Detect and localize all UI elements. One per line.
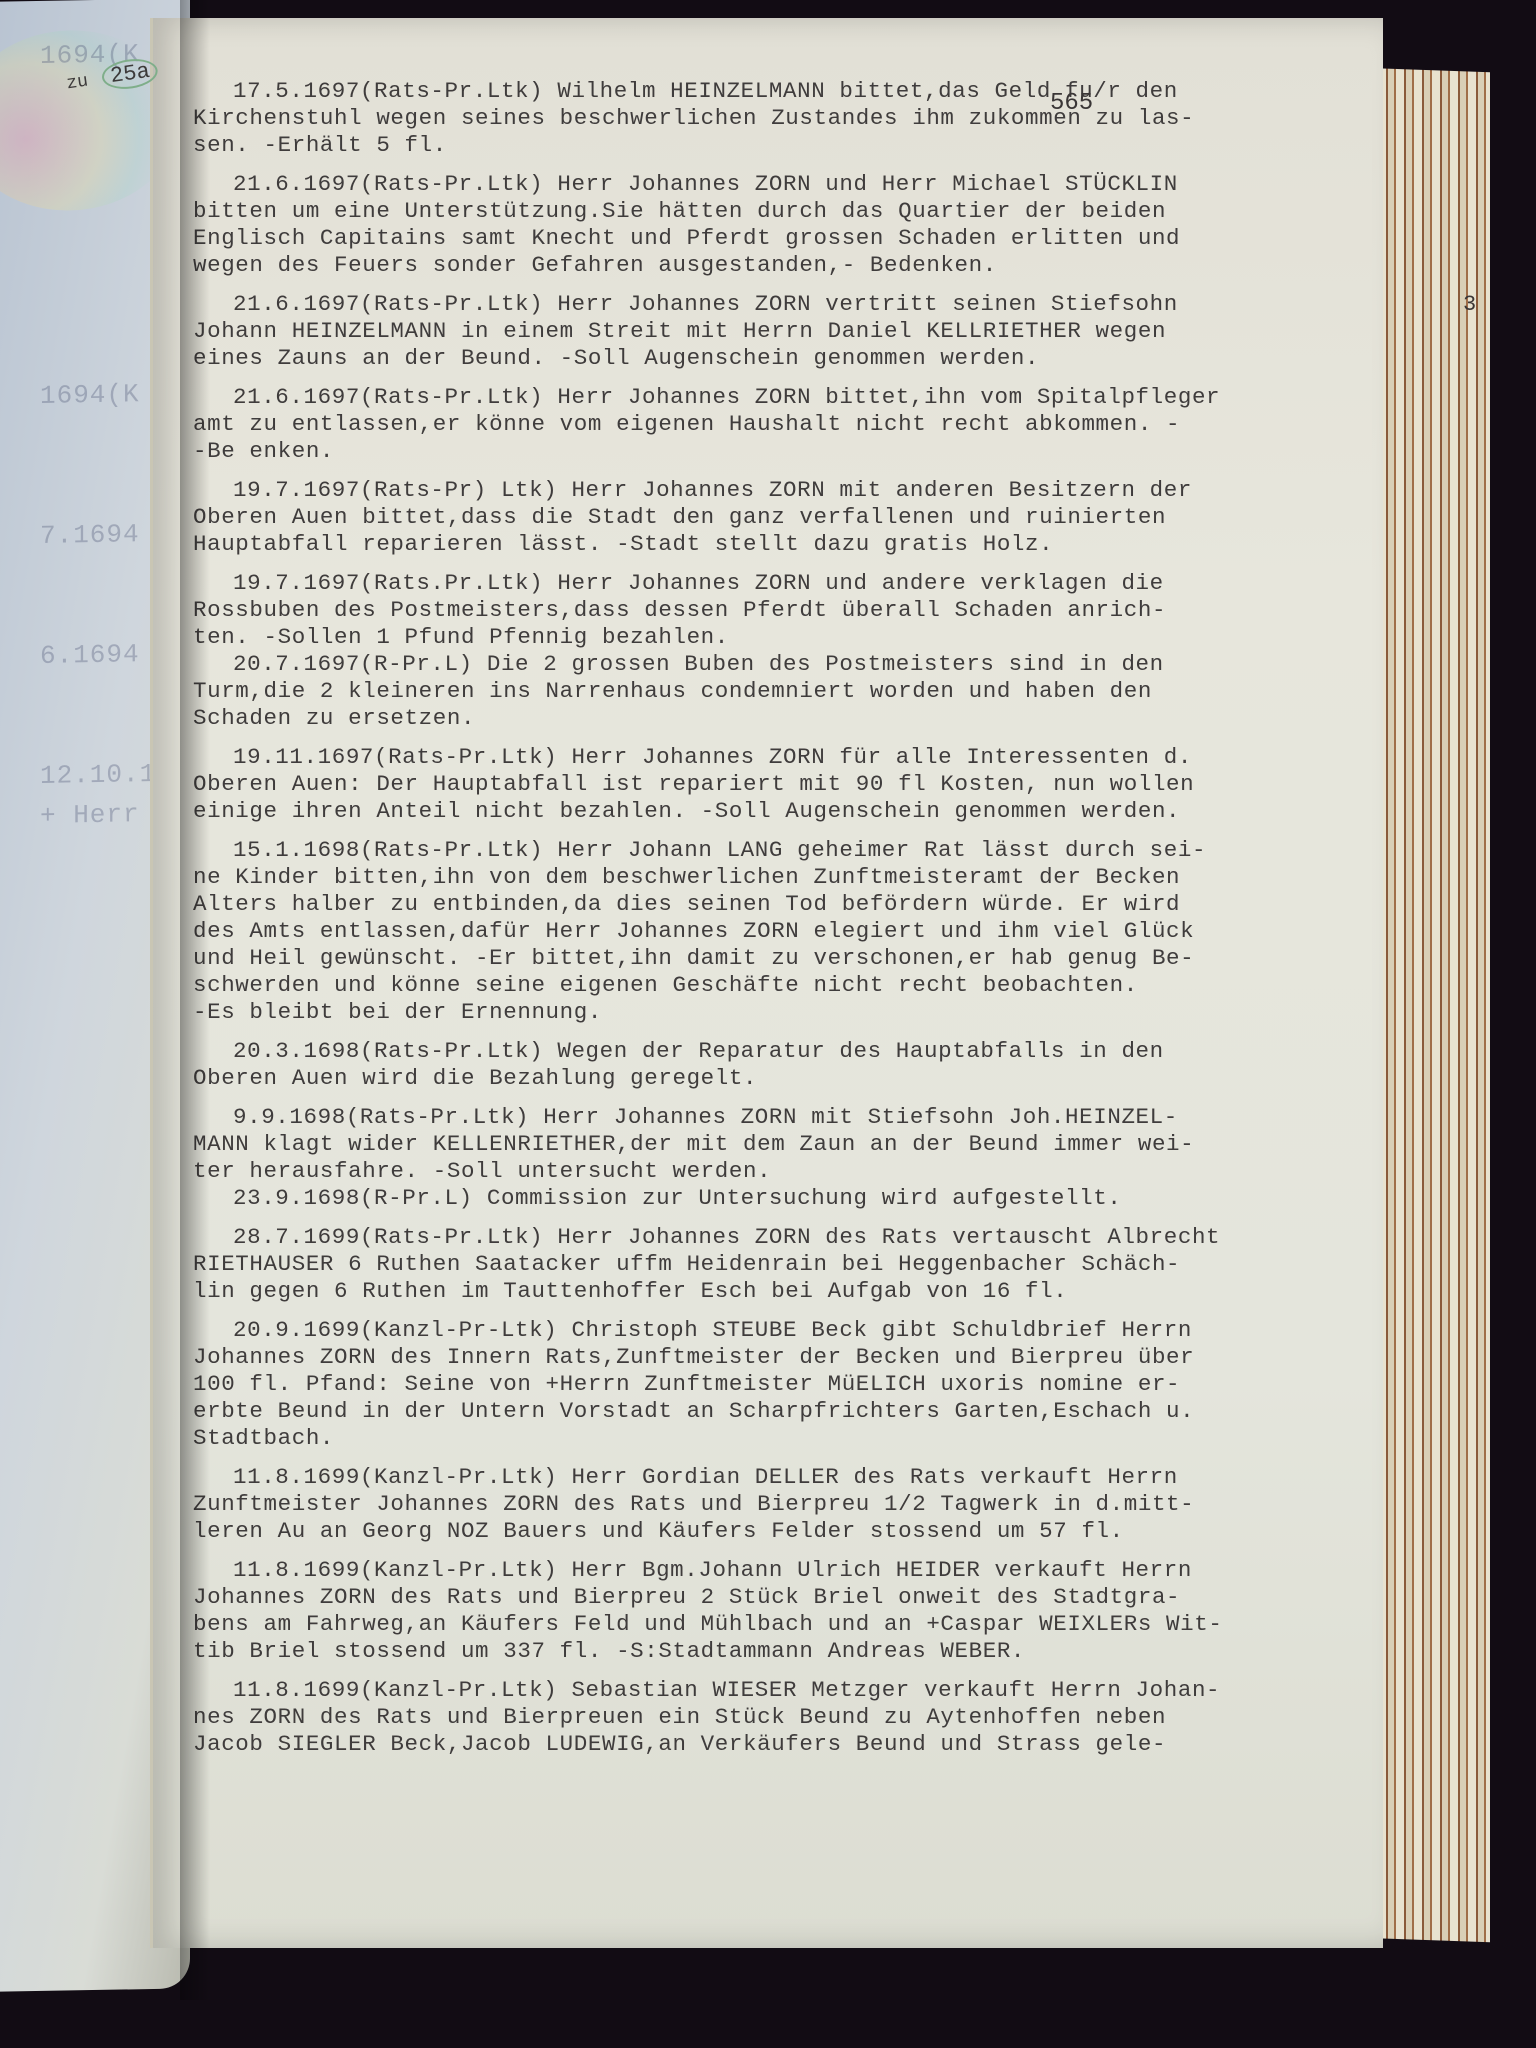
document-entry: 19.11.1697(Rats-Pr.Ltk) Herr Johannes ZO… xyxy=(193,744,1363,825)
entry-text-line: ne Kinder bitten,ihn von dem beschwerlic… xyxy=(193,864,1363,891)
entry-text-line: Alters halber zu entbinden,da dies seine… xyxy=(193,891,1363,918)
ghost-text-line: 6.1694 xyxy=(40,639,140,671)
page-number: 565 xyxy=(1050,90,1093,117)
entry-text-line: bens am Fahrweg,an Käufers Feld und Mühl… xyxy=(193,1611,1363,1638)
entry-date-line: 11.8.1699(Kanzl-Pr.Ltk) Herr Bgm.Johann … xyxy=(193,1557,1363,1584)
entry-text-line: bitten um eine Unterstützung.Sie hätten … xyxy=(193,198,1363,225)
margin-mark: 3 xyxy=(1463,292,1476,317)
entry-text-line: Oberen Auen: Der Hauptabfall ist reparie… xyxy=(193,771,1363,798)
entry-text-line: einige ihren Anteil nicht bezahlen. -Sol… xyxy=(193,798,1363,825)
entry-text-line: schwerden und könne seine eigenen Geschä… xyxy=(193,972,1363,999)
entry-date-line: 19.7.1697(Rats-Pr) Ltk) Herr Johannes ZO… xyxy=(193,477,1363,504)
entry-text-line: Turm,die 2 kleineren ins Narrenhaus cond… xyxy=(193,678,1363,705)
entry-text-line: 100 fl. Pfand: Seine von +Herrn Zunftmei… xyxy=(193,1371,1363,1398)
entry-date-line: 11.8.1699(Kanzl-Pr.Ltk) Sebastian WIESER… xyxy=(193,1677,1363,1704)
entry-text-line: Englisch Capitains samt Knecht und Pferd… xyxy=(193,225,1363,252)
spine-shadow xyxy=(180,0,210,2000)
entry-text-line: amt zu entlassen,er könne vom eigenen Ha… xyxy=(193,411,1363,438)
document-entry: 19.7.1697(Rats-Pr) Ltk) Herr Johannes ZO… xyxy=(193,477,1363,558)
entry-date-line: 21.6.1697(Rats-Pr.Ltk) Herr Johannes ZOR… xyxy=(193,291,1363,318)
entry-date-line: 15.1.1698(Rats-Pr.Ltk) Herr Johann LANG … xyxy=(193,837,1363,864)
ghost-text-line: 1694(K xyxy=(40,379,140,411)
entry-date-line: 17.5.1697(Rats-Pr.Ltk) Wilhelm HEINZELMA… xyxy=(193,78,1363,105)
entry-text-line: Johannes ZORN des Innern Rats,Zunftmeist… xyxy=(193,1344,1363,1371)
entry-date-line: 28.7.1699(Rats-Pr.Ltk) Herr Johannes ZOR… xyxy=(193,1224,1363,1251)
document-entry: 11.8.1699(Kanzl-Pr.Ltk) Sebastian WIESER… xyxy=(193,1677,1363,1758)
entry-text-line: wegen des Feuers sonder Gefahren ausgest… xyxy=(193,252,1363,279)
document-entry: 20.9.1699(Kanzl-Pr-Ltk) Christoph STEUBE… xyxy=(193,1317,1363,1452)
entry-text-line: -Be enken. xyxy=(193,438,1363,465)
entry-text-line: tib Briel stossend um 337 fl. -S:Stadtam… xyxy=(193,1638,1363,1665)
entry-text-line: erbte Beund in der Untern Vorstadt an Sc… xyxy=(193,1398,1363,1425)
document-entry: 21.6.1697(Rats-Pr.Ltk) Herr Johannes ZOR… xyxy=(193,384,1363,465)
reference-label: zu xyxy=(65,71,89,94)
ghost-text-line: 7.1694 xyxy=(40,519,140,551)
document-entry: 28.7.1699(Rats-Pr.Ltk) Herr Johannes ZOR… xyxy=(193,1224,1363,1305)
entry-date-line: 9.9.1698(Rats-Pr.Ltk) Herr Johannes ZORN… xyxy=(193,1104,1363,1131)
entry-date-line: 21.6.1697(Rats-Pr.Ltk) Herr Johannes ZOR… xyxy=(193,384,1363,411)
document-entry: 21.6.1697(Rats-Pr.Ltk) Herr Johannes ZOR… xyxy=(193,171,1363,279)
entry-text-line: Johannes ZORN des Rats und Bierpreu 2 St… xyxy=(193,1584,1363,1611)
entry-text-line: lin gegen 6 Ruthen im Tauttenhoffer Esch… xyxy=(193,1278,1363,1305)
entry-text-line: -Es bleibt bei der Ernennung. xyxy=(193,999,1363,1026)
entry-date-line: 20.3.1698(Rats-Pr.Ltk) Wegen der Reparat… xyxy=(193,1038,1363,1065)
entry-text-line: Jacob SIEGLER Beck,Jacob LUDEWIG,an Verk… xyxy=(193,1731,1363,1758)
entry-date-line: 19.7.1697(Rats.Pr.Ltk) Herr Johannes ZOR… xyxy=(193,570,1363,597)
entries-container: 17.5.1697(Rats-Pr.Ltk) Wilhelm HEINZELMA… xyxy=(193,78,1363,1770)
document-entry: 9.9.1698(Rats-Pr.Ltk) Herr Johannes ZORN… xyxy=(193,1104,1363,1212)
entry-text-line: und Heil gewünscht. -Er bittet,ihn damit… xyxy=(193,945,1363,972)
document-page: 17.5.1697(Rats-Pr.Ltk) Wilhelm HEINZELMA… xyxy=(150,18,1383,1948)
entry-date-line: 23.9.1698(R-Pr.L) Commission zur Untersu… xyxy=(193,1185,1363,1212)
entry-text-line: Rossbuben des Postmeisters,dass dessen P… xyxy=(193,597,1363,624)
entry-text-line: Schaden zu ersetzen. xyxy=(193,705,1363,732)
entry-date-line: 21.6.1697(Rats-Pr.Ltk) Herr Johannes ZOR… xyxy=(193,171,1363,198)
entry-text-line: sen. -Erhält 5 fl. xyxy=(193,132,1363,159)
entry-text-line: Zunftmeister Johannes ZORN des Rats und … xyxy=(193,1491,1363,1518)
document-entry: 15.1.1698(Rats-Pr.Ltk) Herr Johann LANG … xyxy=(193,837,1363,1026)
entry-text-line: eines Zauns an der Beund. -Soll Augensch… xyxy=(193,345,1363,372)
entry-text-line: Oberen Auen bittet,dass die Stadt den ga… xyxy=(193,504,1363,531)
ghost-text-line: + Herr xyxy=(40,799,140,831)
entry-date-line: 20.7.1697(R-Pr.L) Die 2 grossen Buben de… xyxy=(193,651,1363,678)
entry-text-line: Hauptabfall reparieren lässt. -Stadt ste… xyxy=(193,531,1363,558)
entry-date-line: 19.11.1697(Rats-Pr.Ltk) Herr Johannes ZO… xyxy=(193,744,1363,771)
entry-text-line: nes ZORN des Rats und Bierpreuen ein Stü… xyxy=(193,1704,1363,1731)
entry-text-line: Oberen Auen wird die Bezahlung geregelt. xyxy=(193,1065,1363,1092)
entry-text-line: Kirchenstuhl wegen seines beschwerlichen… xyxy=(193,105,1363,132)
entry-date-line: 20.9.1699(Kanzl-Pr-Ltk) Christoph STEUBE… xyxy=(193,1317,1363,1344)
document-entry: 19.7.1697(Rats.Pr.Ltk) Herr Johannes ZOR… xyxy=(193,570,1363,732)
document-entry: 21.6.1697(Rats-Pr.Ltk) Herr Johannes ZOR… xyxy=(193,291,1363,372)
entry-text-line: leren Au an Georg NOZ Bauers und Käufers… xyxy=(193,1518,1363,1545)
entry-text-line: MANN klagt wider KELLENRIETHER,der mit d… xyxy=(193,1131,1363,1158)
entry-date-line: 11.8.1699(Kanzl-Pr.Ltk) Herr Gordian DEL… xyxy=(193,1464,1363,1491)
document-entry: 20.3.1698(Rats-Pr.Ltk) Wegen der Reparat… xyxy=(193,1038,1363,1092)
entry-text-line: Johann HEINZELMANN in einem Streit mit H… xyxy=(193,318,1363,345)
document-entry: 17.5.1697(Rats-Pr.Ltk) Wilhelm HEINZELMA… xyxy=(193,78,1363,159)
entry-text-line: ten. -Sollen 1 Pfund Pfennig bezahlen. xyxy=(193,624,1363,651)
document-entry: 11.8.1699(Kanzl-Pr.Ltk) Herr Bgm.Johann … xyxy=(193,1557,1363,1665)
entry-text-line: RIETHAUSER 6 Ruthen Saatacker uffm Heide… xyxy=(193,1251,1363,1278)
entry-text-line: des Amts entlassen,dafür Herr Johannes Z… xyxy=(193,918,1363,945)
document-entry: 11.8.1699(Kanzl-Pr.Ltk) Herr Gordian DEL… xyxy=(193,1464,1363,1545)
entry-text-line: Stadtbach. xyxy=(193,1425,1363,1452)
entry-text-line: ter herausfahre. -Soll untersucht werden… xyxy=(193,1158,1363,1185)
